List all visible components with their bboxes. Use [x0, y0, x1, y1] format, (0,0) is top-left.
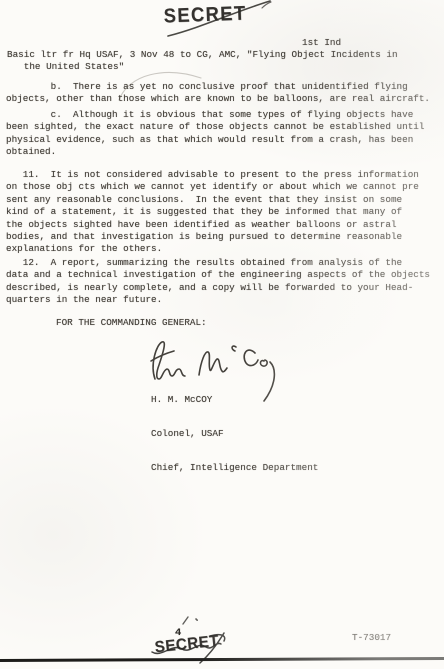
pencil-tick-marks: [180, 614, 204, 626]
reference-line: Basic ltr fr Hq USAF, 3 Nov 48 to CG, AM…: [7, 49, 439, 74]
signer-title: Chief, Intelligence Department: [151, 462, 318, 473]
document-number: T-73017: [352, 632, 391, 644]
scan-edge-line: [0, 657, 444, 662]
paragraph-12: 12. A report, summarizing the results ob…: [6, 257, 442, 307]
closing-line: FOR THE COMMANDING GENERAL:: [56, 317, 207, 329]
secret-stamp-bottom: SECRET: [154, 633, 220, 658]
indorsement-line: 1st Ind: [302, 37, 341, 49]
secret-stamp-top: SECRET: [163, 3, 247, 29]
paragraph-c: c. Although it is obvious that some type…: [6, 109, 440, 159]
signer-name: H. M. McCOY: [151, 394, 318, 405]
paragraph-b: b. There is as yet no conclusive proof t…: [6, 81, 440, 106]
signer-rank: Colonel, USAF: [151, 428, 318, 439]
paragraph-11: 11. It is not considered advisable to pr…: [6, 169, 442, 256]
signature-block: H. M. McCOY Colonel, USAF Chief, Intelli…: [151, 371, 318, 496]
document-page: SECRET 1st Ind Basic ltr fr Hq USAF, 3 N…: [0, 0, 444, 669]
